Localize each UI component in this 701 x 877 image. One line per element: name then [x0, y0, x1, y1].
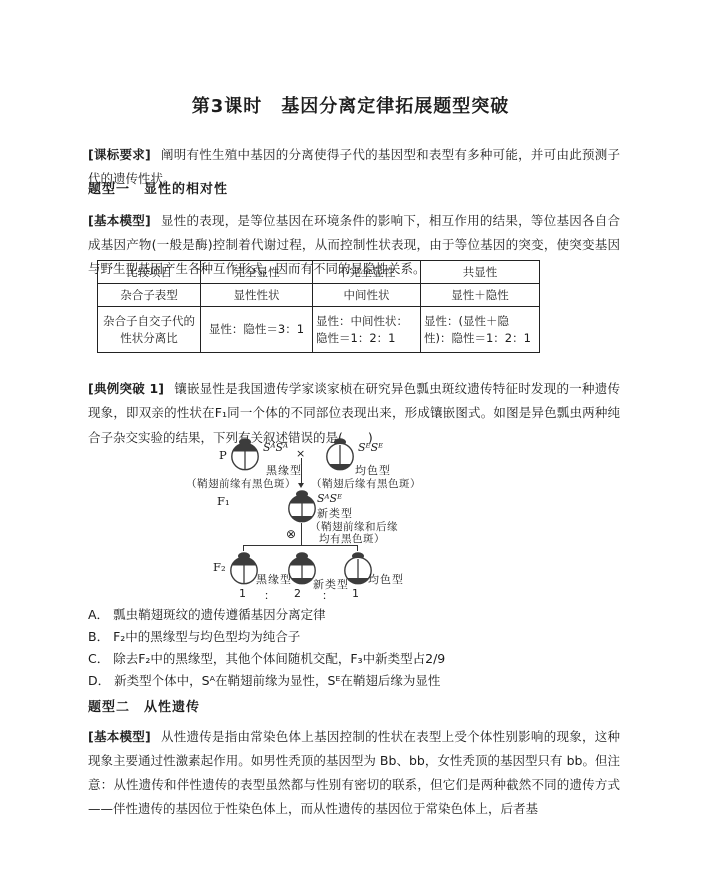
table-header-cell: 共显性: [421, 261, 540, 284]
beetle-black-edge-icon: [229, 437, 261, 471]
topic2-model-label: [基本模型]: [88, 729, 151, 744]
option-b-label: B．: [88, 629, 109, 644]
beetle-new-type-icon: [286, 489, 318, 523]
option-d-text: 新类型个体中，Sᴬ在鞘翅前缘为显性，Sᴱ在鞘翅后缘为显性: [114, 673, 440, 688]
option-c-label: C．: [88, 651, 109, 666]
option-b: B．F₂中的黑缘型与均色型均为纯合子: [88, 626, 620, 648]
answer-options: A．瓢虫鞘翅斑纹的遗传遵循基因分离定律 B．F₂中的黑缘型与均色型均为纯合子 C…: [88, 604, 620, 692]
f2-ratio-value: 1: [239, 587, 246, 600]
option-c-text: 除去F₂中的黑缘型，其他个体间随机交配，F₃中新类型占2/9: [113, 651, 445, 666]
topic1-heading: 题型一 显性的相对性: [88, 178, 620, 197]
option-d: D．新类型个体中，Sᴬ在鞘翅前缘为显性，Sᴱ在鞘翅后缘为显性: [88, 670, 620, 692]
table-cell: 中间性状: [313, 284, 421, 307]
f2-ratio-value: 1: [352, 587, 359, 600]
table-cell: 显性：(显性＋隐性)：隐性＝1：2：1: [421, 307, 540, 353]
option-a-label: A．: [88, 607, 109, 622]
topic2-heading: 题型二 从性遗传: [88, 696, 620, 715]
topic1-model-label: [基本模型]: [88, 213, 151, 228]
option-b-text: F₂中的黑缘型与均色型均为纯合子: [113, 629, 300, 644]
genetics-cross-diagram: P SᴬSᴬ × SᴱSᴱ 黑缘型 （鞘翅前缘有黑色斑） 均色型 （鞘翅后缘有黑…: [180, 437, 490, 605]
self-cross-connector-line: [301, 523, 302, 545]
option-a-text: 瓢虫鞘翅斑纹的遗传遵循基因分离定律: [113, 607, 326, 622]
beetle-uniform-icon: [324, 437, 356, 471]
topic2-model-text: 从性遗传是指由常染色体上基因控制的性状在表型上受个体性别影响的现象，这种现象主要…: [88, 729, 620, 816]
f2-ratio-colon: ：: [264, 587, 275, 603]
cross-connector-line: [301, 458, 302, 483]
option-c: C．除去F₂中的黑缘型，其他个体间随机交配，F₃中新类型占2/9: [88, 648, 620, 670]
option-a: A．瓢虫鞘翅斑纹的遗传遵循基因分离定律: [88, 604, 620, 626]
curriculum-requirement-label: [课标要求]: [88, 147, 151, 162]
table-header-cell: 完全显性: [201, 261, 313, 284]
table-header-row: 比较项目 完全显性 不完全显性 共显性: [98, 261, 540, 284]
parent-left-genotype: SᴬSᴬ: [263, 441, 288, 454]
parent-right-genotype: SᴱSᴱ: [358, 441, 383, 454]
dominance-comparison-table: 比较项目 完全显性 不完全显性 共显性 杂合子表型 显性性状 中间性状 显性＋隐…: [97, 260, 540, 353]
parent-right-desc: （鞘翅后缘有黑色斑）: [311, 476, 421, 491]
topic2-model-paragraph: [基本模型]从性遗传是指由常染色体上基因控制的性状在表型上受个体性别影响的现象，…: [88, 725, 620, 821]
option-d-label: D．: [88, 673, 110, 688]
table-cell: 显性＋隐性: [421, 284, 540, 307]
self-cross-symbol: ⊗: [286, 527, 296, 541]
p-generation-label: P: [219, 448, 227, 462]
table-cell: 显性：隐性＝3：1: [201, 307, 313, 353]
table-header-cell: 比较项目: [98, 261, 201, 284]
document-page: { "page": { "title": "第3课时 基因分离定律拓展题型突破"…: [0, 0, 701, 877]
arrow-down-icon: [298, 483, 304, 488]
table-row: 杂合子表型 显性性状 中间性状 显性＋隐性: [98, 284, 540, 307]
table-cell: 显性：中间性状：隐性＝1：2：1: [313, 307, 421, 353]
table-cell: 杂合子表型: [98, 284, 201, 307]
example-label: [典例突破 1]: [88, 381, 164, 396]
example-text: 镶嵌显性是我国遗传学家谈家桢在研究异色瓢虫斑纹遗传特征时发现的一种遗传现象，即双…: [88, 381, 620, 445]
table-cell: 显性性状: [201, 284, 313, 307]
f2-name-uniform: 均色型: [368, 571, 404, 587]
table-cell: 杂合子自交子代的性状分离比: [98, 307, 201, 353]
f2-name-black-edge: 黑缘型: [256, 571, 292, 587]
page-title: 第3课时 基因分离定律拓展题型突破: [0, 92, 701, 118]
f2-generation-label: F₂: [213, 560, 226, 574]
f1-generation-label: F₁: [217, 494, 230, 508]
parent-left-desc: （鞘翅前缘有黑色斑）: [186, 476, 296, 491]
f1-desc-line2: 均有黑色斑）: [319, 531, 385, 546]
branch-horizontal-line: [243, 545, 357, 546]
table-row: 杂合子自交子代的性状分离比 显性：隐性＝3：1 显性：中间性状：隐性＝1：2：1…: [98, 307, 540, 353]
f1-genotype: SᴬSᴱ: [317, 492, 342, 505]
f2-ratio-value: 2: [294, 587, 301, 600]
table-header-cell: 不完全显性: [313, 261, 421, 284]
f2-ratio-colon: ：: [322, 587, 333, 603]
